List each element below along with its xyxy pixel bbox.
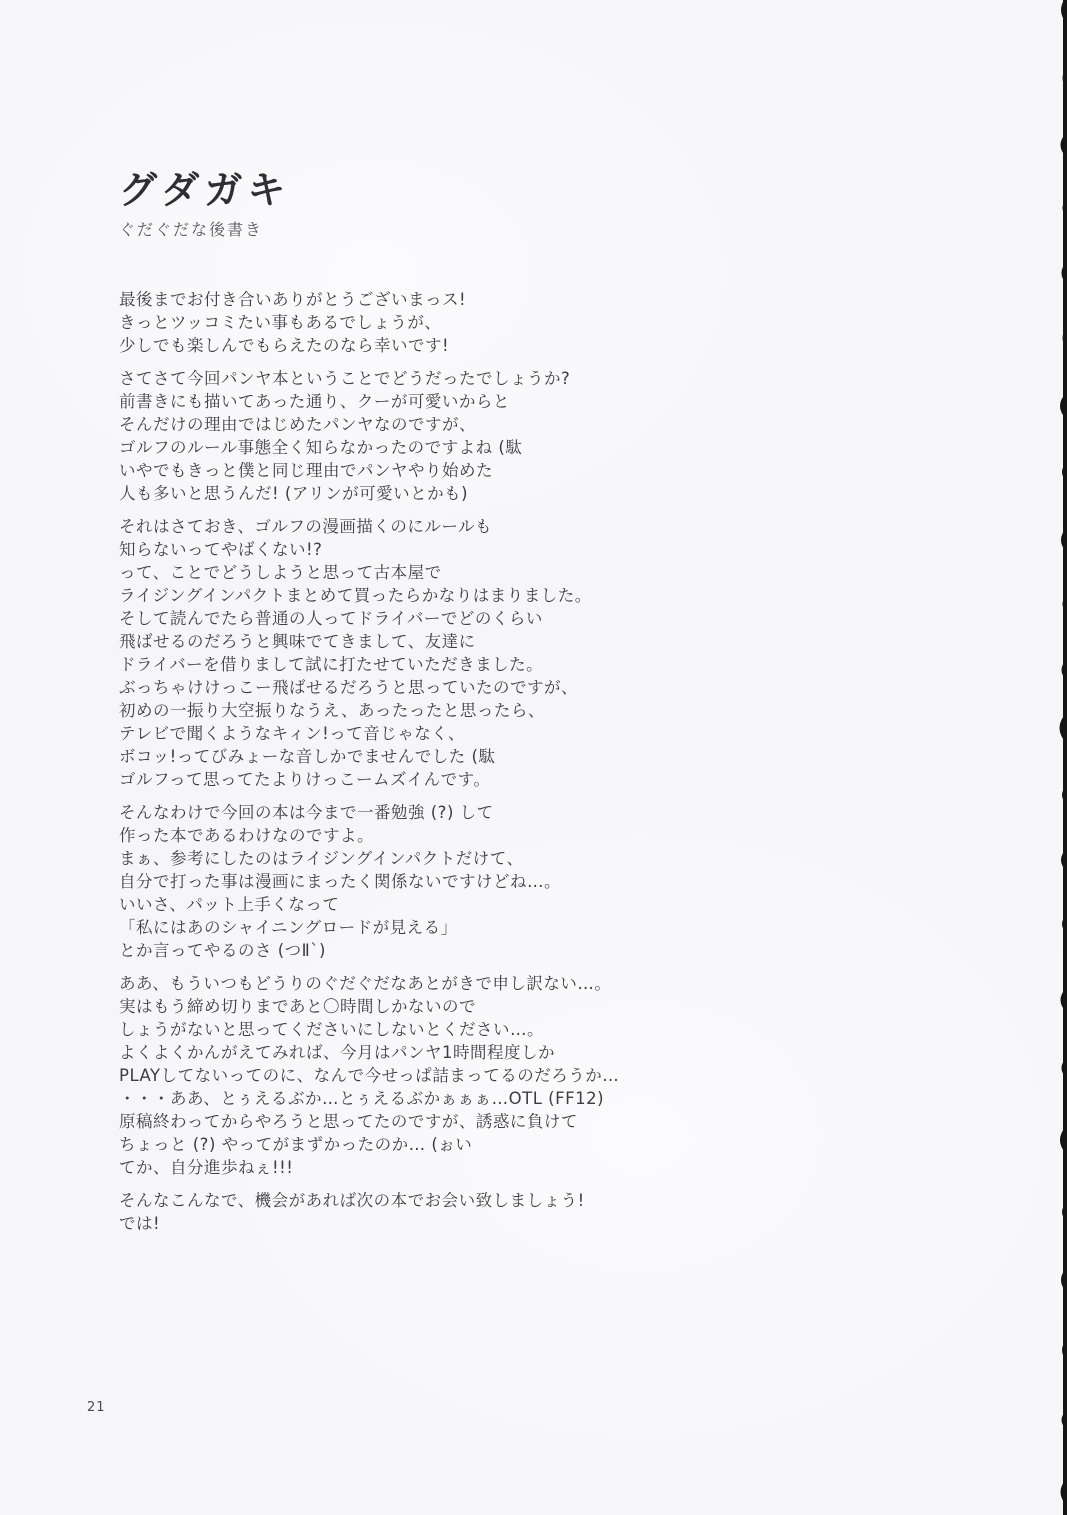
afterword-line: 飛ばせるのだろうと興味でてきまして、友達に: [119, 630, 719, 653]
afterword-line: そして読んでたら普通の人ってドライバーでどのくらい: [119, 607, 719, 630]
afterword-line: しょうがないと思ってくださいにしないとください…。: [119, 1018, 719, 1041]
afterword-line: いやでもきっと僕と同じ理由でパンヤやり始めた: [119, 459, 719, 482]
afterword-title: グダガキ: [119, 170, 290, 212]
afterword-line: 最後までお付き合いありがとうございまっス!: [119, 288, 719, 311]
afterword-line: さてさて今回パンヤ本ということでどうだったでしょうか?: [119, 367, 719, 390]
afterword-line: ぶっちゃけけっこー飛ばせるだろうと思っていたのですが、: [119, 676, 719, 699]
afterword-line: 自分で打った事は漫画にまったく関係ないですけどね…。: [119, 870, 719, 893]
afterword-line: それはさておき、ゴルフの漫画描くのにルールも: [119, 515, 719, 538]
afterword-paragraph: 最後までお付き合いありがとうございまっス!きっとツッコミたい事もあるでしょうが、…: [119, 288, 719, 357]
afterword-title-block: グダガキ ぐだぐだな後書き: [119, 170, 290, 240]
scan-torn-edge-artifact: [1051, 0, 1067, 1515]
afterword-line: ゴルフのルール事態全く知らなかったのですよね (駄: [119, 436, 719, 459]
scanned-page: グダガキ ぐだぐだな後書き 最後までお付き合いありがとうございまっス!きっとツッ…: [0, 0, 1067, 1515]
afterword-line: そんなわけで今回の本は今まで一番勉強 (?) して: [119, 801, 719, 824]
afterword-line: 原稿終わってからやろうと思ってたのですが、誘惑に負けて: [119, 1110, 719, 1133]
afterword-line: ボコッ!ってびみょーな音しかでませんでした (駄: [119, 745, 719, 768]
afterword-line: ドライバーを借りまして試に打たせていただきました。: [119, 653, 719, 676]
page-number: 21: [87, 1400, 106, 1415]
afterword-line: ちょっと (?) やってがまずかったのか… (ぉい: [119, 1133, 719, 1156]
afterword-line: まぁ、参考にしたのはライジングインパクトだけて、: [119, 847, 719, 870]
afterword-line: 知らないってやばくない!?: [119, 538, 719, 561]
afterword-line: ・・・ああ、とぅえるぶか…とぅえるぶかぁぁぁ…OTL (FF12): [119, 1087, 719, 1110]
afterword-line: いいさ、パット上手くなって: [119, 893, 719, 916]
afterword-paragraph: そんなこんなで、機会があれば次の本でお会い致しましょう!では!: [119, 1189, 719, 1235]
afterword-line: 人も多いと思うんだ! (アリンが可愛いとかも): [119, 482, 719, 505]
afterword-paragraph: それはさておき、ゴルフの漫画描くのにルールも知らないってやばくない!?って、こと…: [119, 515, 719, 791]
afterword-paragraph: ああ、もういつもどうりのぐだぐだなあとがきで申し訳ない…。実はもう締め切りまであ…: [119, 972, 719, 1179]
afterword-line: って、ことでどうしようと思って古本屋で: [119, 561, 719, 584]
afterword-line: 初めの一振り大空振りなうえ、あったったと思ったら、: [119, 699, 719, 722]
afterword-line: ライジングインパクトまとめて買ったらかなりはまりました。: [119, 584, 719, 607]
afterword-line: では!: [119, 1212, 719, 1235]
afterword-paragraph: さてさて今回パンヤ本ということでどうだったでしょうか?前書きにも描いてあった通り…: [119, 367, 719, 505]
afterword-line: テレビで聞くようなキィン!って音じゃなく、: [119, 722, 719, 745]
afterword-line: ああ、もういつもどうりのぐだぐだなあとがきで申し訳ない…。: [119, 972, 719, 995]
afterword-line: PLAYしてないってのに、なんで今せっぱ詰まってるのだろうか…: [119, 1064, 719, 1087]
afterword-line: 前書きにも描いてあった通り、クーが可愛いからと: [119, 390, 719, 413]
afterword-line: とか言ってやるのさ (つⅡ`): [119, 939, 719, 962]
afterword-line: よくよくかんがえてみれば、今月はパンヤ1時間程度しか: [119, 1041, 719, 1064]
afterword-line: 「私にはあのシャイニングロードが見える」: [119, 916, 719, 939]
afterword-line: てか、自分進歩ねぇ!!!: [119, 1156, 719, 1179]
afterword-line: そんだけの理由ではじめたパンヤなのですが、: [119, 413, 719, 436]
afterword-body: 最後までお付き合いありがとうございまっス!きっとツッコミたい事もあるでしょうが、…: [119, 288, 719, 1245]
afterword-line: 少しでも楽しんでもらえたのなら幸いです!: [119, 334, 719, 357]
afterword-line: 作った本であるわけなのですよ。: [119, 824, 719, 847]
afterword-line: きっとツッコミたい事もあるでしょうが、: [119, 311, 719, 334]
afterword-paragraph: そんなわけで今回の本は今まで一番勉強 (?) して作った本であるわけなのですよ。…: [119, 801, 719, 962]
afterword-line: そんなこんなで、機会があれば次の本でお会い致しましょう!: [119, 1189, 719, 1212]
afterword-line: 実はもう締め切りまであと〇時間しかないので: [119, 995, 719, 1018]
afterword-line: ゴルフって思ってたよりけっこームズイんです。: [119, 768, 719, 791]
afterword-subtitle: ぐだぐだな後書き: [119, 217, 290, 240]
